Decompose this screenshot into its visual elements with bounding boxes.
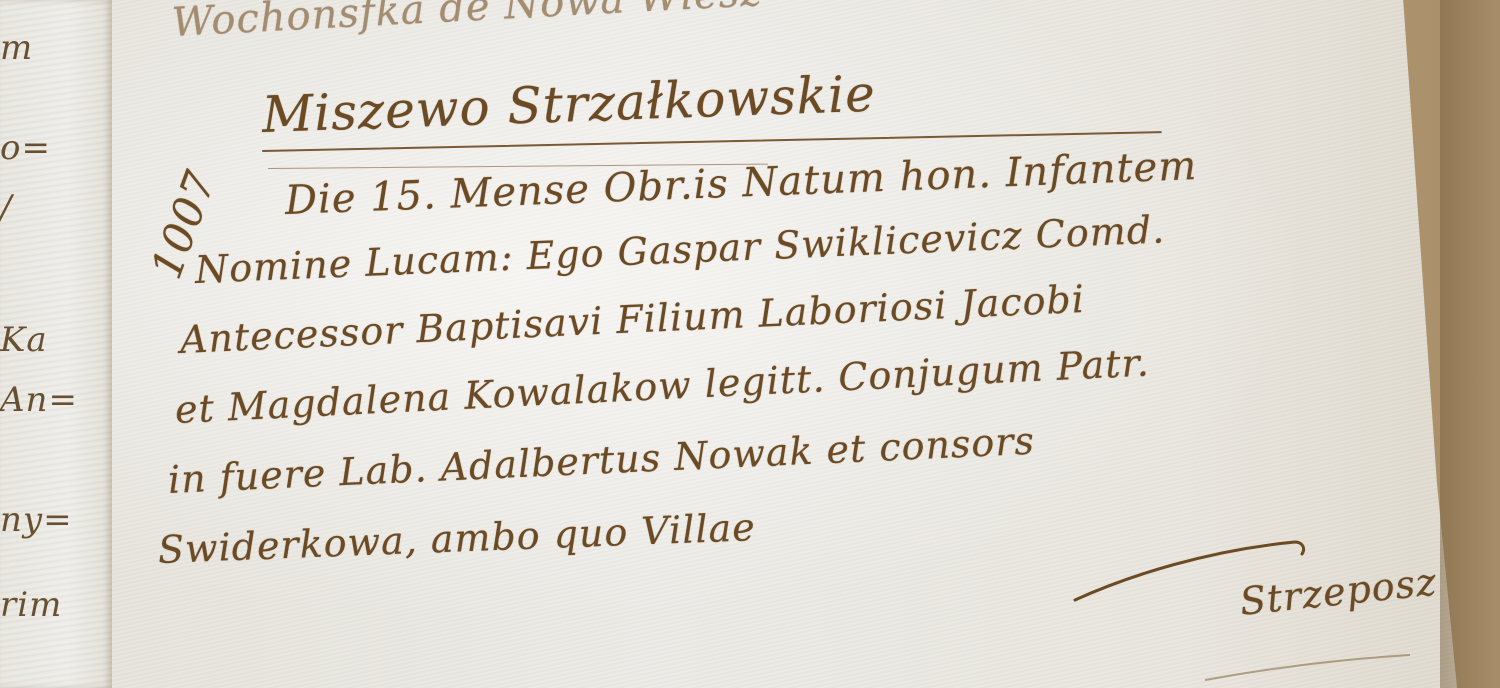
adjacent-left-page: m o= / Ka An= ny= rim xyxy=(0,0,114,688)
left-page-fragment: An= xyxy=(0,380,78,420)
left-page-fragment: ny= xyxy=(0,500,73,540)
left-page-fragment: o= xyxy=(0,128,51,168)
page-edge-shadow xyxy=(1440,0,1500,688)
manuscript-photo: m o= / Ka An= ny= rim Wochonsfka de Nowa… xyxy=(0,0,1500,688)
left-page-fragment: / xyxy=(0,188,12,228)
bottom-faint-flourish xyxy=(1200,640,1420,688)
left-page-fragment: m xyxy=(0,28,33,68)
left-page-fragment: Ka xyxy=(0,320,48,360)
left-page-fragment: rim xyxy=(0,585,62,625)
